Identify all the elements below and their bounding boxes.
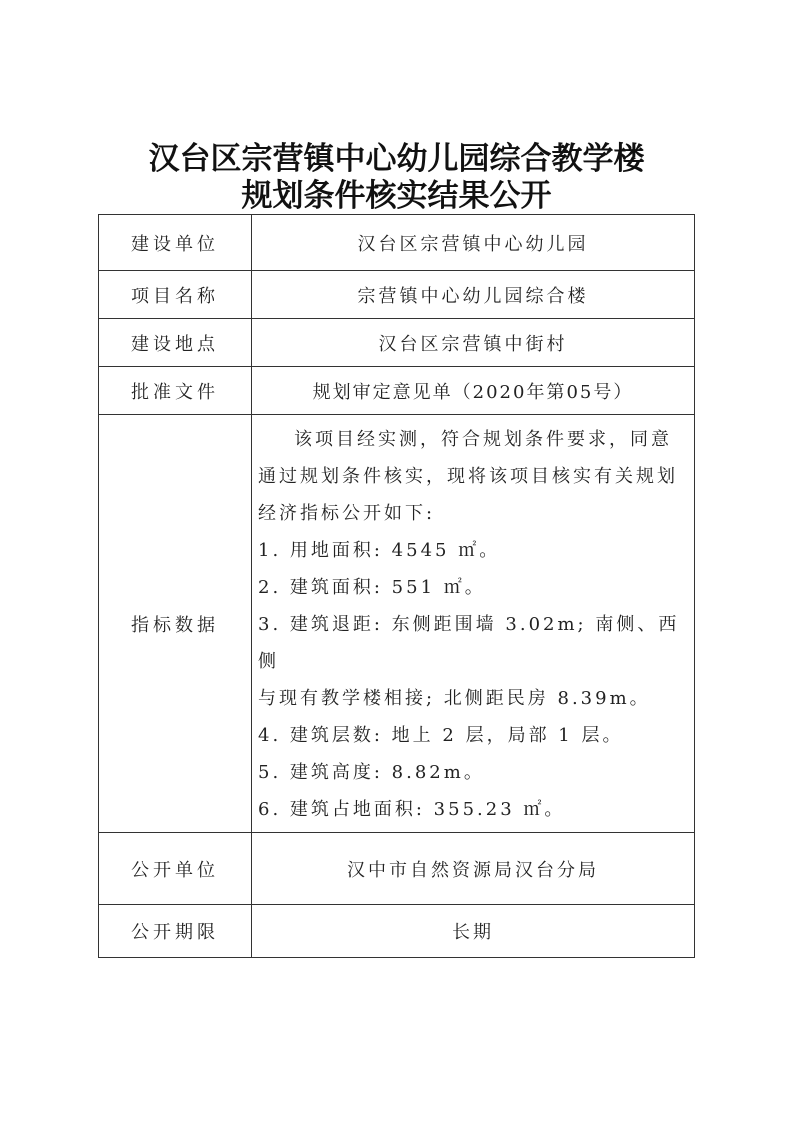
indicator-item: 与现有教学楼相接; 北侧距民房 8.39m。 [258, 680, 686, 717]
table-row: 建设地点 汉台区宗营镇中街村 [99, 319, 695, 367]
document-title-line2: 规划条件核实结果公开 [0, 177, 793, 215]
indicator-item: 3. 建筑退距: 东侧距围墙 3.02m; 南侧、西侧 [258, 606, 686, 680]
row-value-publishing-unit: 汉中市自然资源局汉台分局 [252, 833, 695, 905]
row-value-disclosure-period: 长期 [252, 905, 695, 958]
table-row: 批准文件 规划审定意见单（2020年第05号） [99, 367, 695, 415]
row-label-publishing-unit: 公开单位 [99, 833, 252, 905]
table-row: 公开期限 长期 [99, 905, 695, 958]
indicator-item: 6. 建筑占地面积: 355.23 ㎡。 [258, 791, 686, 828]
row-value-location: 汉台区宗营镇中街村 [252, 319, 695, 367]
indicator-item: 2. 建筑面积: 551 ㎡。 [258, 569, 686, 606]
row-label-project-name: 项目名称 [99, 271, 252, 319]
intro-line: 通过规划条件核实，现将该项目核实有关规划 [258, 458, 686, 495]
row-value-indicators: 该项目经实测，符合规划条件要求，同意 通过规划条件核实，现将该项目核实有关规划 … [252, 415, 695, 833]
document-title-line1: 汉台区宗营镇中心幼儿园综合教学楼 [0, 140, 793, 178]
row-value-construction-unit: 汉台区宗营镇中心幼儿园 [252, 215, 695, 271]
table-row: 建设单位 汉台区宗营镇中心幼儿园 [99, 215, 695, 271]
indicator-item: 5. 建筑高度: 8.82m。 [258, 754, 686, 791]
disclosure-table: 建设单位 汉台区宗营镇中心幼儿园 项目名称 宗营镇中心幼儿园综合楼 建设地点 汉… [98, 214, 695, 958]
row-label-indicators: 指标数据 [99, 415, 252, 833]
indicator-item: 1. 用地面积: 4545 ㎡。 [258, 532, 686, 569]
indicator-item: 4. 建筑层数: 地上 2 层，局部 1 层。 [258, 717, 686, 754]
table-row: 公开单位 汉中市自然资源局汉台分局 [99, 833, 695, 905]
table-row: 项目名称 宗营镇中心幼儿园综合楼 [99, 271, 695, 319]
row-label-approval-document: 批准文件 [99, 367, 252, 415]
intro-line: 经济指标公开如下: [258, 495, 686, 532]
row-label-construction-unit: 建设单位 [99, 215, 252, 271]
row-label-location: 建设地点 [99, 319, 252, 367]
row-label-disclosure-period: 公开期限 [99, 905, 252, 958]
row-value-approval-document: 规划审定意见单（2020年第05号） [252, 367, 695, 415]
intro-line: 该项目经实测，符合规划条件要求，同意 [258, 421, 686, 458]
table-row: 指标数据 该项目经实测，符合规划条件要求，同意 通过规划条件核实，现将该项目核实… [99, 415, 695, 833]
row-value-project-name: 宗营镇中心幼儿园综合楼 [252, 271, 695, 319]
